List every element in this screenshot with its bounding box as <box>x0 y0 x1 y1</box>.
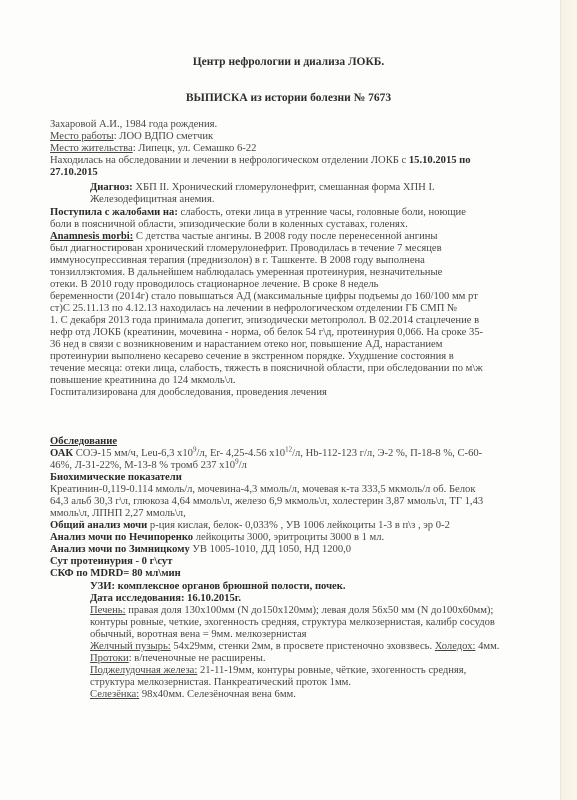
anamnesis-line: течение месяца: отеки лица, слабость, тя… <box>50 363 483 375</box>
gallbladder-label: Желчный пузырь: <box>90 641 171 652</box>
bio-line: ммоль\л, ЛПНП 2,27 ммоль\л, <box>50 508 186 520</box>
work-place: Место работы: ЛОО ВДПО сметчик <box>50 131 213 143</box>
spleen-label: Селезёнка: <box>90 689 139 700</box>
exam-label: Обследование <box>50 436 117 448</box>
patient-name: Захаровой А.И., 1984 года рождения. <box>50 119 217 131</box>
complaints-label: Поступила с жалобами на: <box>50 207 178 218</box>
oak-label: ОАК <box>50 448 73 459</box>
nechiporenko: Анализ мочи по Нечипоренко лейкоциты 300… <box>50 532 384 544</box>
anamnesis-line: был диагностирован хронический гломеруло… <box>50 243 442 255</box>
liver-line2: контуры ровные, четкие, эхогенность сред… <box>90 617 495 629</box>
ducts-label: Протоки <box>90 653 129 664</box>
liver-label: Печень: <box>90 605 126 616</box>
zimnitsky: Анализ мочи по Зимницкому УВ 1005-1010, … <box>50 544 351 556</box>
liver-text: правая доля 130х100мм (N до150х120мм); л… <box>126 605 494 616</box>
stay-from: 15.10.2015 по <box>409 155 471 166</box>
anamnesis-line: иммуносупрессивная терапия (преднизолон)… <box>50 255 425 267</box>
ducts-value: : в/печеночные не расширены. <box>129 653 266 664</box>
residence-value: : Липецк, ул. Семашко 6-22 <box>133 143 257 154</box>
pancreas-label: Поджелудочная железа: <box>90 665 197 676</box>
complaints-line2: боли в поясничной области, эпизодические… <box>50 219 408 231</box>
organization-header: Центр нефрологии и диализа ЛОКБ. <box>0 56 577 68</box>
pancreas-line2: структура мелкозернистая. Панкреатически… <box>90 677 351 689</box>
diagnosis-text: ХБП II. Хронический гломерулонефрит, сме… <box>133 182 435 193</box>
stay-period: Находилась на обследовании и лечении в н… <box>50 155 471 167</box>
bio-line: 64,3 альб 30,3 г\л, глюкоза 4,64 ммоль\л… <box>50 496 483 508</box>
pancreas: Поджелудочная железа: 21-11-19мм, контур… <box>90 665 466 677</box>
anamnesis-line: отеки. В 2010 году проводилось стационар… <box>50 279 378 291</box>
anamnesis-line: 1. С декабря 2013 года принимала допегит… <box>50 315 479 327</box>
stay-to: 27.10.2015 <box>50 167 98 179</box>
liver-line3: обычный, воротная вена = 9мм. мелкозерни… <box>90 629 307 641</box>
complaints: Поступила с жалобами на: слабость, отеки… <box>50 207 466 219</box>
anamnesis-line: беременности (2014г) стало повышаться АД… <box>50 291 478 303</box>
oak-text-b: /л, Er- 4,25-4.56 х10 <box>196 448 285 459</box>
diagnosis: Диагноз: ХБП II. Хронический гломерулоне… <box>90 182 435 194</box>
complaints-text: слабость, отеки лица в утренние часы, го… <box>178 207 466 218</box>
oak-line1: ОАК СОЭ-15 мм/ч, Leu-6,3 х109/л, Er- 4,2… <box>50 448 482 460</box>
liver: Печень: правая доля 130х100мм (N до150х1… <box>90 605 493 617</box>
anamnesis: Anamnesis morbi: С детства частые ангины… <box>50 231 438 243</box>
anamnesis-line: повышение креатинина до 124 мкмоль\л. <box>50 375 236 387</box>
bio-label: Биохимические показатели <box>50 472 182 484</box>
zim-value: УВ 1005-1010, ДД 1050, НД 1200,0 <box>190 544 351 555</box>
residence: Место жительства: Липецк, ул. Семашко 6-… <box>50 143 256 155</box>
choledoch-label: Холедох: <box>435 641 476 652</box>
spleen: Селезёнка: 98х40мм. Селезёночная вена 6м… <box>90 689 296 701</box>
anamnesis-label: Anamnesis morbi: <box>50 231 133 242</box>
hospitalized: Госпитализирована для дообследования, пр… <box>50 387 327 399</box>
gallbladder: Желчный пузырь: 54х29мм, стенки 2мм, в п… <box>90 641 499 653</box>
diagnosis-line2: Железодефицитная анемия. <box>90 194 214 206</box>
urine-value: р-ция кислая, белок- 0,033% , УВ 1006 ле… <box>147 520 450 531</box>
nech-label: Анализ мочи по Нечипоренко <box>50 532 193 543</box>
anamnesis-line: ст)С 25.11.13 по 4.12.13 находилась на л… <box>50 303 457 315</box>
urine-analysis: Общий анализ мочи р-ция кислая, белок- 0… <box>50 520 450 532</box>
anamnesis-line: протеинурии выполнено кесарево сечение в… <box>50 351 454 363</box>
gfr: СКФ по MDRD= 80 мл\мин <box>50 568 181 580</box>
urine-label: Общий анализ мочи <box>50 520 147 531</box>
ducts: Протоки: в/печеночные не расширены. <box>90 653 266 665</box>
diagnosis-label: Диагноз: <box>90 182 133 193</box>
daily-proteinuria: Сут протеинурия - 0 г\сут <box>50 556 172 568</box>
gallbladder-value: 54х29мм, стенки 2мм, в просвете пристено… <box>171 641 435 652</box>
zim-label: Анализ мочи по Зимницкому <box>50 544 190 555</box>
work-value: : ЛОО ВДПО сметчик <box>114 131 213 142</box>
residence-label: Место жительства <box>50 143 133 154</box>
ultrasound-title: УЗИ: комплексное органов брюшной полости… <box>90 581 346 593</box>
bio-line: Креатинин-0,119-0.114 ммоль/л, мочевина-… <box>50 484 475 496</box>
nech-value: лейкоциты 3000, эритроциты 3000 в 1 мл. <box>193 532 384 543</box>
anamnesis-first: С детства частые ангины. В 2008 году пос… <box>133 231 437 242</box>
oak-text-d: 46%, Л-31-22%, М-13-8 % тромб 237 х10 <box>50 460 235 471</box>
anamnesis-line: тонзиллэктомия. В дальнейшем наблюдалась… <box>50 267 442 279</box>
oak-text-a: СОЭ-15 мм/ч, Leu-6,3 х10 <box>73 448 193 459</box>
oak-line2: 46%, Л-31-22%, М-13-8 % тромб 237 х109/л <box>50 460 247 472</box>
work-label: Место работы <box>50 131 114 142</box>
anamnesis-line: нефр отд ЛОКБ (креатинин, мочевина - нор… <box>50 327 483 339</box>
stay-text: Находилась на обследовании и лечении в н… <box>50 155 409 166</box>
page-edge <box>560 0 577 800</box>
choledoch-value: 4мм. <box>475 641 499 652</box>
pancreas-text: 21-11-19мм, контуры ровные, чёткие, эхог… <box>197 665 466 676</box>
document-title: ВЫПИСКА из истории болезни № 7673 <box>0 92 577 104</box>
anamnesis-line: 36 нед в связи с возникновеним и нараста… <box>50 339 442 351</box>
spleen-value: 98х40мм. Селезёночная вена 6мм. <box>139 689 296 700</box>
ultrasound-date: Дата исследования: 16.10.2015г. <box>90 593 241 605</box>
oak-text-c: /л, Hb-112-123 г/л, Э-2 %, П-18-8 %, С-6… <box>292 448 482 459</box>
oak-text-e: /л <box>239 460 247 471</box>
